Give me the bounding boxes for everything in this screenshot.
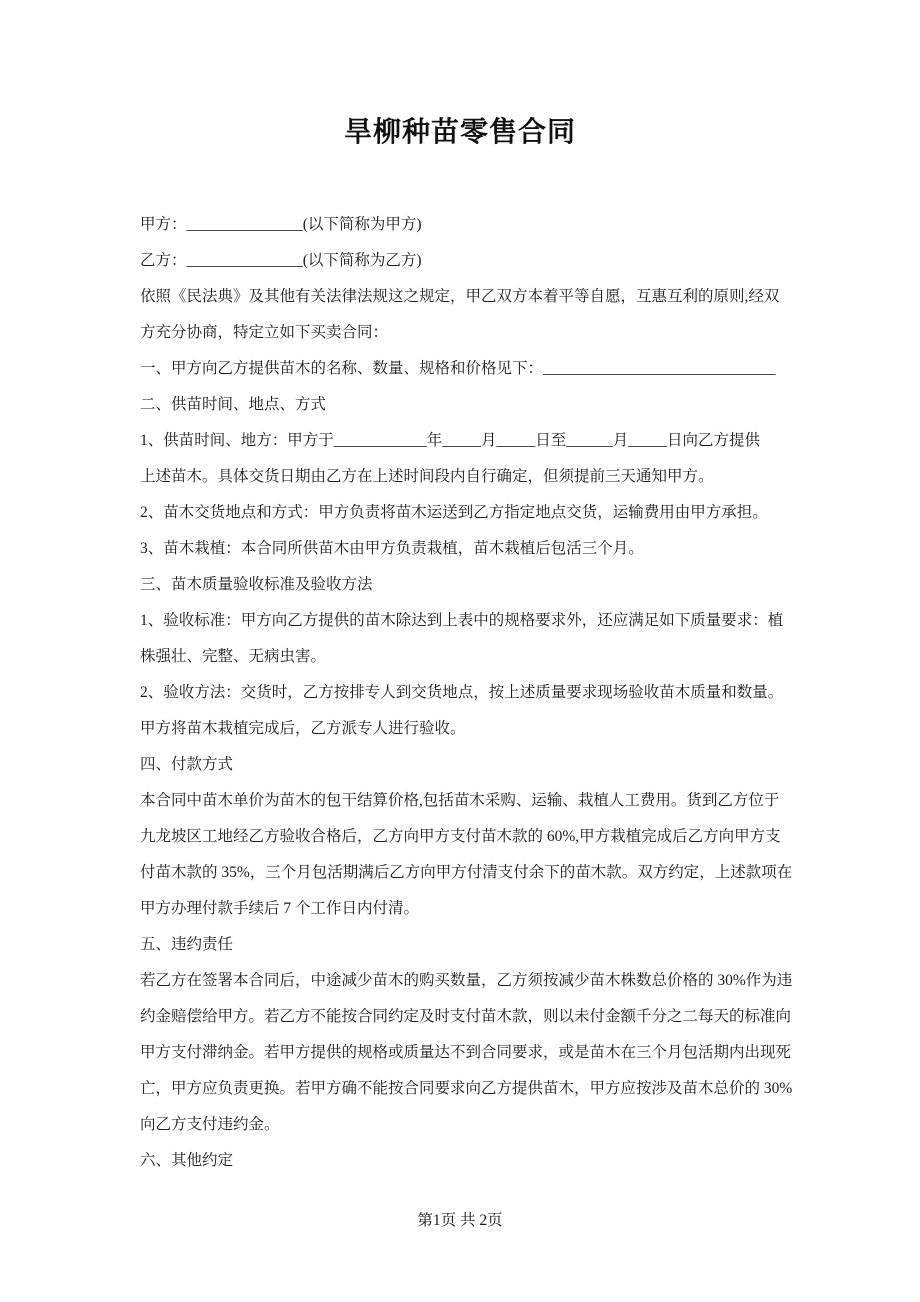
document-line: 付苗木款的 35%，三个月包活期满后乙方向甲方付清支付余下的苗木款。双方约定，上…: [140, 855, 800, 891]
document-line: 方充分协商，特定立如下买卖合同：: [140, 315, 800, 351]
document-line: 3、苗木栽植：本合同所供苗木由甲方负责栽植，苗木栽植后包活三个月。: [140, 531, 800, 567]
document-title: 旱柳种苗零售合同: [0, 112, 920, 152]
document-line: 1、供苗时间、地方：甲方于____________年_____月_____日至_…: [140, 423, 800, 459]
document-line: 向乙方支付违约金。: [140, 1107, 800, 1143]
document-line: 甲方办理付款手续后 7 个工作日内付清。: [140, 891, 800, 927]
document-line: 五、违约责任: [140, 927, 800, 963]
document-line: 六、其他约定: [140, 1143, 800, 1179]
document-line: 上述苗木。具体交货日期由乙方在上述时间段内自行确定，但须提前三天通知甲方。: [140, 459, 800, 495]
document-line: 甲方支付滞纳金。若甲方提供的规格或质量达不到合同要求，或是苗木在三个月包活期内出…: [140, 1035, 800, 1071]
document-line: 约金赔偿给甲方。若乙方不能按合同约定及时支付苗木款，则以未付金额千分之二每天的标…: [140, 999, 800, 1035]
document-line: 2、验收方法：交货时，乙方按排专人到交货地点，按上述质量要求现场验收苗木质量和数…: [140, 675, 800, 711]
document-line: 四、付款方式: [140, 747, 800, 783]
document-line: 九龙坡区工地经乙方验收合格后，乙方向甲方支付苗木款的 60%,甲方栽植完成后乙方…: [140, 819, 800, 855]
document-line: 若乙方在签署本合同后，中途减少苗木的购买数量，乙方须按减少苗木株数总价格的 30…: [140, 963, 800, 999]
document-line: 二、供苗时间、地点、方式: [140, 387, 800, 423]
document-line: 2、苗木交货地点和方式：甲方负责将苗木运送到乙方指定地点交货，运输费用由甲方承担…: [140, 495, 800, 531]
document-line: 亡，甲方应负责更换。若甲方确不能按合同要求向乙方提供苗木，甲方应按涉及苗木总价的…: [140, 1071, 800, 1107]
document-line: 三、苗木质量验收标准及验收方法: [140, 567, 800, 603]
contract-document-page: 旱柳种苗零售合同 甲方：_______________(以下简称为甲方)乙方：_…: [0, 0, 920, 1302]
document-body: 甲方：_______________(以下简称为甲方)乙方：__________…: [140, 207, 800, 1179]
document-line: 1、验收标准：甲方向乙方提供的苗木除达到上表中的规格要求外，还应满足如下质量要求…: [140, 603, 800, 639]
document-line: 一、甲方向乙方提供苗木的名称、数量、规格和价格见下：______________…: [140, 351, 800, 387]
document-line: 甲方：_______________(以下简称为甲方): [140, 207, 800, 243]
document-line: 甲方将苗木栽植完成后，乙方派专人进行验收。: [140, 711, 800, 747]
document-line: 本合同中苗木单价为苗木的包干结算价格,包括苗木采购、运输、栽植人工费用。货到乙方…: [140, 783, 800, 819]
document-line: 乙方：_______________(以下简称为乙方): [140, 243, 800, 279]
document-line: 依照《民法典》及其他有关法律法规这之规定，甲乙双方本着平等自愿，互惠互利的原则,…: [140, 279, 800, 315]
page-number-indicator: 第1页 共 2页: [0, 1203, 920, 1239]
document-line: 株强壮、完整、无病虫害。: [140, 639, 800, 675]
